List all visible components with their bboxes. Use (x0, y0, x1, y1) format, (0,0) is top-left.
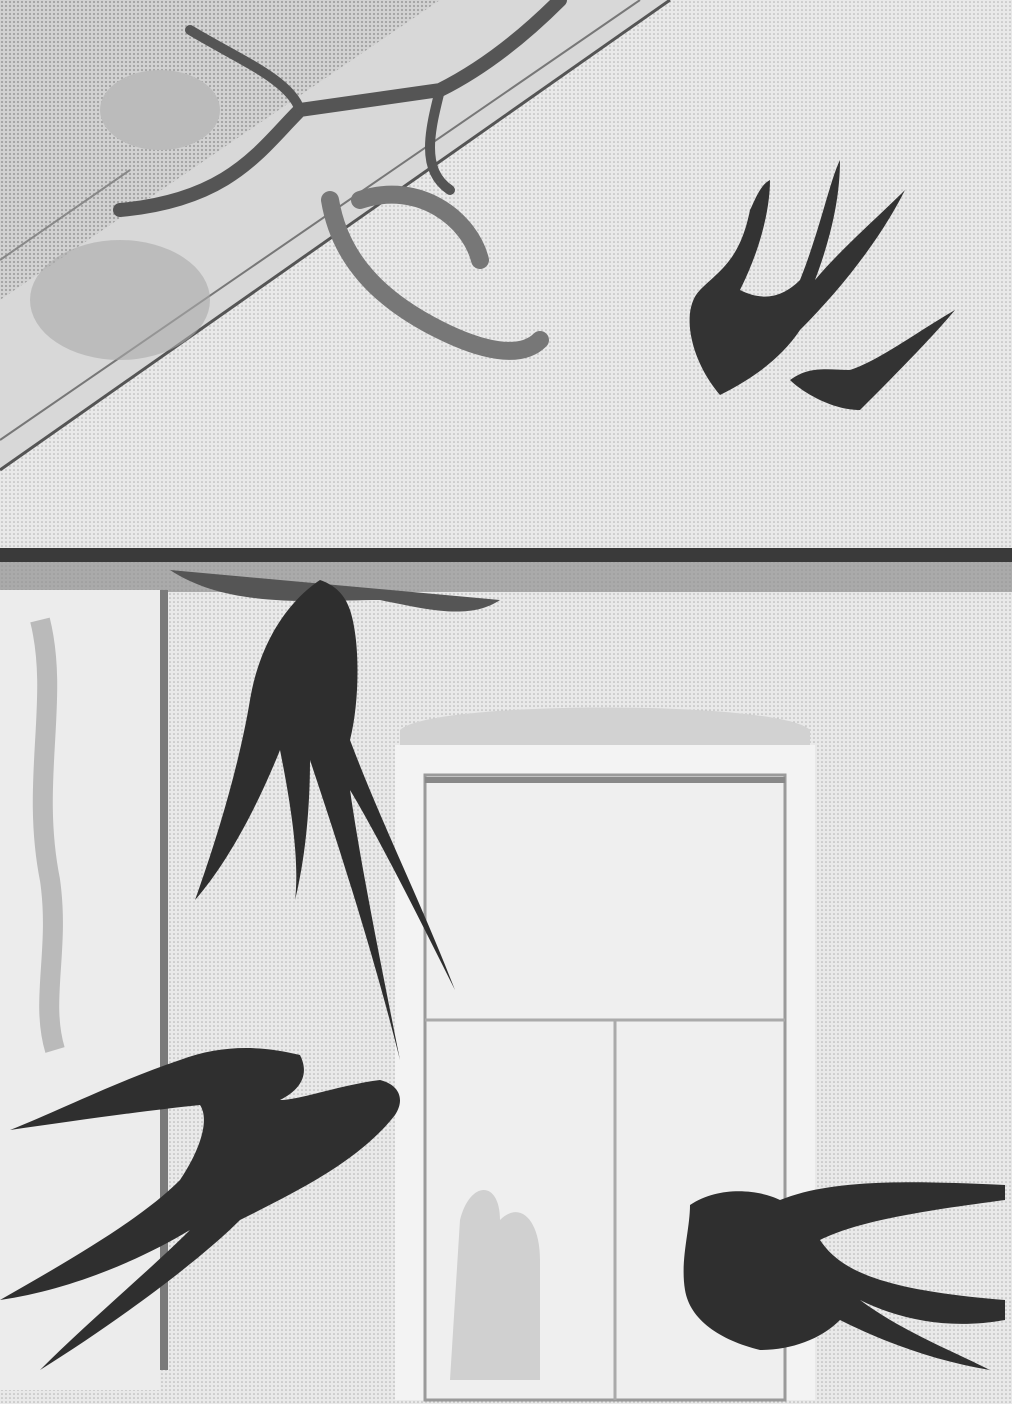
illustration (0, 0, 1012, 1404)
swallows-illustration (0, 0, 1012, 1404)
